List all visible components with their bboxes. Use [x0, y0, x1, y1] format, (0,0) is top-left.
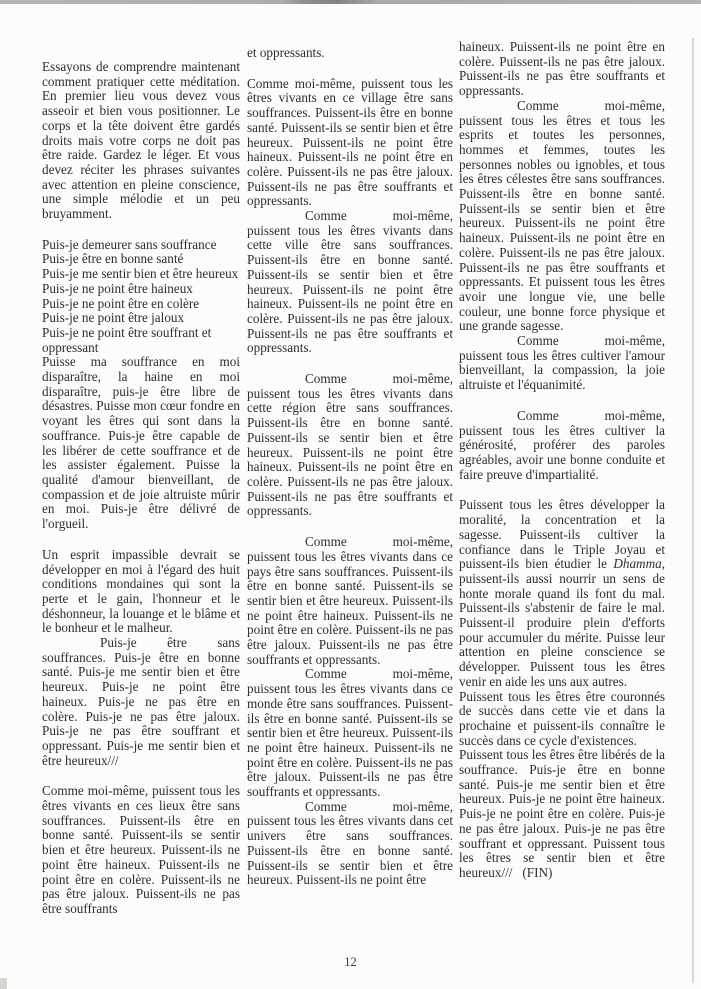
- column-center: et oppressants. Comme moi-même, puissent…: [247, 46, 453, 888]
- verse-line: Puis-je ne point être haineux: [42, 282, 240, 297]
- paragraph-intro: Essayons de comprendre maintenant commen…: [42, 60, 240, 222]
- scan-right-edge-artifact: [692, 38, 694, 983]
- verse-line: Puis-je me sentir bien et être heureux: [42, 267, 240, 282]
- paragraph-monde: Comme moi-même, puissent tous les êtres …: [247, 667, 453, 799]
- paragraph-region: Comme moi-même, puissent tous les êtres …: [247, 372, 453, 519]
- paragraph-univers: Comme moi-même, puissent tous les êtres …: [247, 800, 453, 888]
- paragraph-village: Comme moi-même, puissent tous les êtres …: [247, 77, 453, 209]
- paragraph-fragment: haineux. Puissent-ils ne point être en c…: [459, 40, 665, 99]
- verse-line: Puis-je ne point être souffrant et oppre…: [42, 326, 240, 355]
- verse-line: Puis-je demeurer sans souffrance: [42, 238, 240, 253]
- page-number: 12: [0, 955, 701, 970]
- scanned-page: Essayons de comprendre maintenant commen…: [0, 0, 701, 989]
- paragraph-couronnes: Puissent tous les êtres être couronnés d…: [459, 690, 665, 749]
- dhamma-term: Dhamma: [613, 556, 661, 571]
- paragraph-liberes-fin: Puissent tous les êtres être libérés de …: [459, 748, 665, 880]
- paragraph-moralite: Puissent tous les êtres développer la mo…: [459, 498, 665, 689]
- paragraph-sans-souffrances: Puis-je être sans souffrances. Puis-je ê…: [42, 636, 240, 768]
- paragraph-amour-bienveillant: Comme moi-même, puissent tous les êtres …: [459, 334, 665, 393]
- verse-line: Puis-je ne point être en colère: [42, 297, 240, 312]
- column-left: Essayons de comprendre maintenant commen…: [42, 60, 240, 917]
- paragraph-esprits-celestes: Comme moi-même, puissent tous les êtres …: [459, 99, 665, 334]
- verse-line: Puis-je ne point être jaloux: [42, 311, 240, 326]
- paragraph-esprit-impassible: Un esprit impassible devrait se développ…: [42, 548, 240, 636]
- column-right: haineux. Puissent-ils ne point être en c…: [459, 40, 665, 881]
- paragraph-pays: Comme moi-même, puissent tous les êtres …: [247, 535, 453, 667]
- paragraph-ces-lieux: Comme moi-même, puissent tous les êtres …: [42, 784, 240, 916]
- paragraph-generosite: Comme moi-même, puissent tous les êtres …: [459, 409, 665, 483]
- scan-bottom-left-artifact: [0, 978, 7, 989]
- paragraph-puisse-souffrance: Puisse ma souffrance en moi disparaître,…: [42, 355, 240, 531]
- verse-line: Puis-je être en bonne santé: [42, 252, 240, 267]
- paragraph-ville: Comme moi-même, puissent tous les êtres …: [247, 209, 453, 356]
- paragraph-fragment: et oppressants.: [247, 46, 453, 61]
- moralite-text-post: , puissent-ils aussi nourrir un sens de …: [459, 556, 665, 689]
- scan-top-edge-artifact: [0, 0, 701, 4]
